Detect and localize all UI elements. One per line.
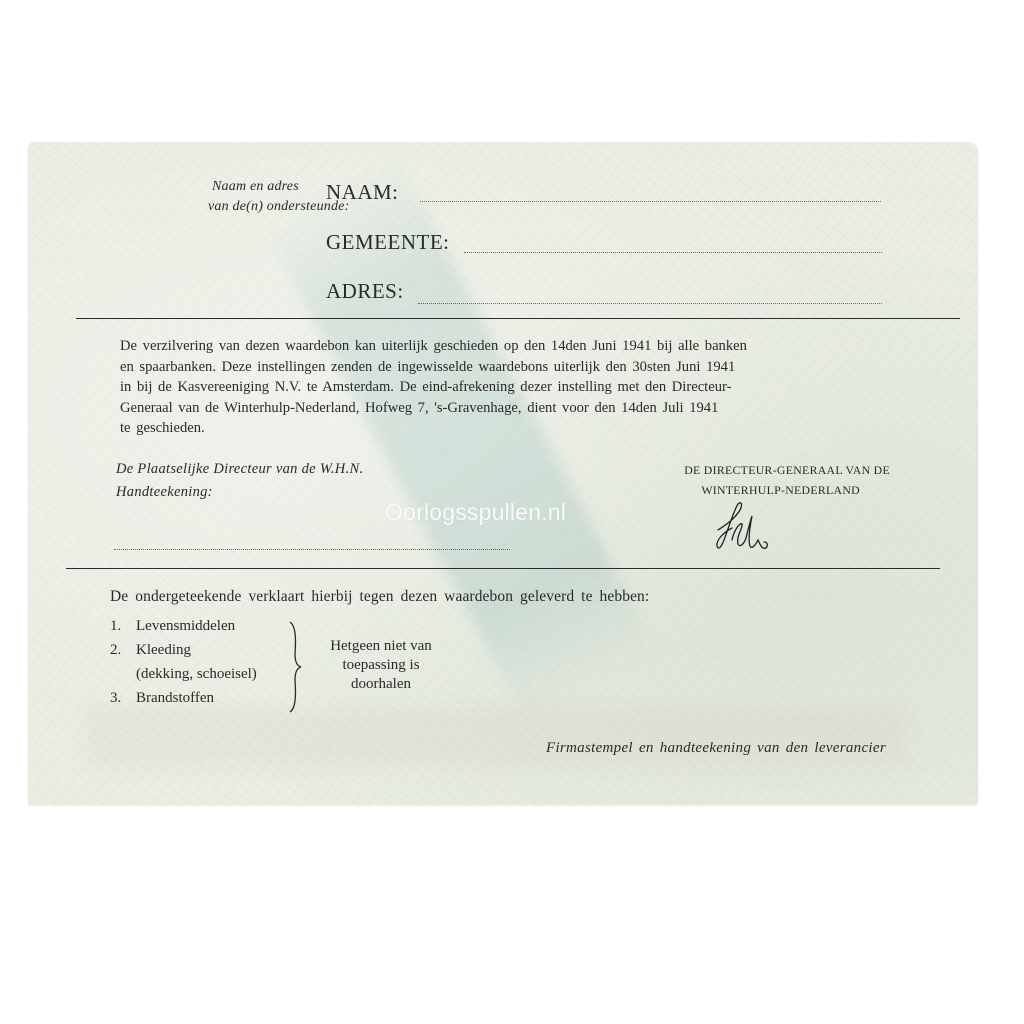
section-divider-2 (66, 568, 940, 569)
local-director-block: De Plaatselijke Directeur van de W.H.N. … (116, 458, 363, 504)
declaration-item[interactable]: 3.Brandstoffen (110, 686, 257, 710)
naam-field[interactable] (420, 201, 881, 202)
gemeente-label: GEMEENTE: (326, 230, 449, 255)
declaration-item[interactable]: 2.Kleeding (110, 638, 257, 662)
watermark: Oorlogsspullen.nl (385, 499, 566, 526)
local-director-signature-field[interactable] (114, 549, 510, 550)
director-general-signature (710, 500, 780, 560)
right-brace-icon (286, 620, 306, 714)
declaration-item[interactable]: 1.Levensmiddelen (110, 614, 257, 638)
terms-line: en spaarbanken. Deze instellingen zenden… (120, 357, 886, 378)
local-director-handteekening-label: Handteekening: (116, 481, 363, 504)
declaration-items: 1.Levensmiddelen 2.Kleeding (dekking, sc… (110, 614, 257, 710)
adres-field[interactable] (418, 303, 882, 304)
director-general-block: DE DIRECTEUR-GENERAAL VAN DE WINTERHULP-… (588, 460, 890, 500)
background-ghost-print (88, 707, 908, 767)
section-divider-1 (76, 318, 960, 319)
terms-paragraph: De verzilvering van dezen waardebon kan … (120, 336, 886, 439)
terms-line: De verzilvering van dezen waardebon kan … (120, 336, 886, 357)
adres-label: ADRES: (326, 279, 404, 304)
strike-through-note: Hetgeen niet van toepassing is doorhalen (306, 637, 456, 694)
terms-line: te geschieden. (120, 418, 886, 439)
declaration-item-subtext: (dekking, schoeisel) (110, 662, 257, 686)
declaration-intro: De ondergeteekende verklaart hierbij teg… (110, 588, 649, 606)
terms-line: in bij de Kasvereeniging N.V. te Amsterd… (120, 377, 886, 398)
gemeente-field[interactable] (464, 252, 882, 253)
supplier-stamp-signature-label: Firmastempel en handteekening van den le… (546, 740, 886, 757)
director-general-line2: WINTERHULP-NEDERLAND (588, 480, 890, 500)
naam-label: NAAM: (326, 180, 399, 205)
local-director-title: De Plaatselijke Directeur van de W.H.N. (116, 458, 363, 481)
director-general-line1: DE DIRECTEUR-GENERAAL VAN DE (588, 460, 890, 480)
waardebon-card: Naam en adres van de(n) ondersteunde: NA… (28, 142, 978, 805)
terms-line: Generaal van de Winterhulp-Nederland, Ho… (120, 398, 886, 419)
